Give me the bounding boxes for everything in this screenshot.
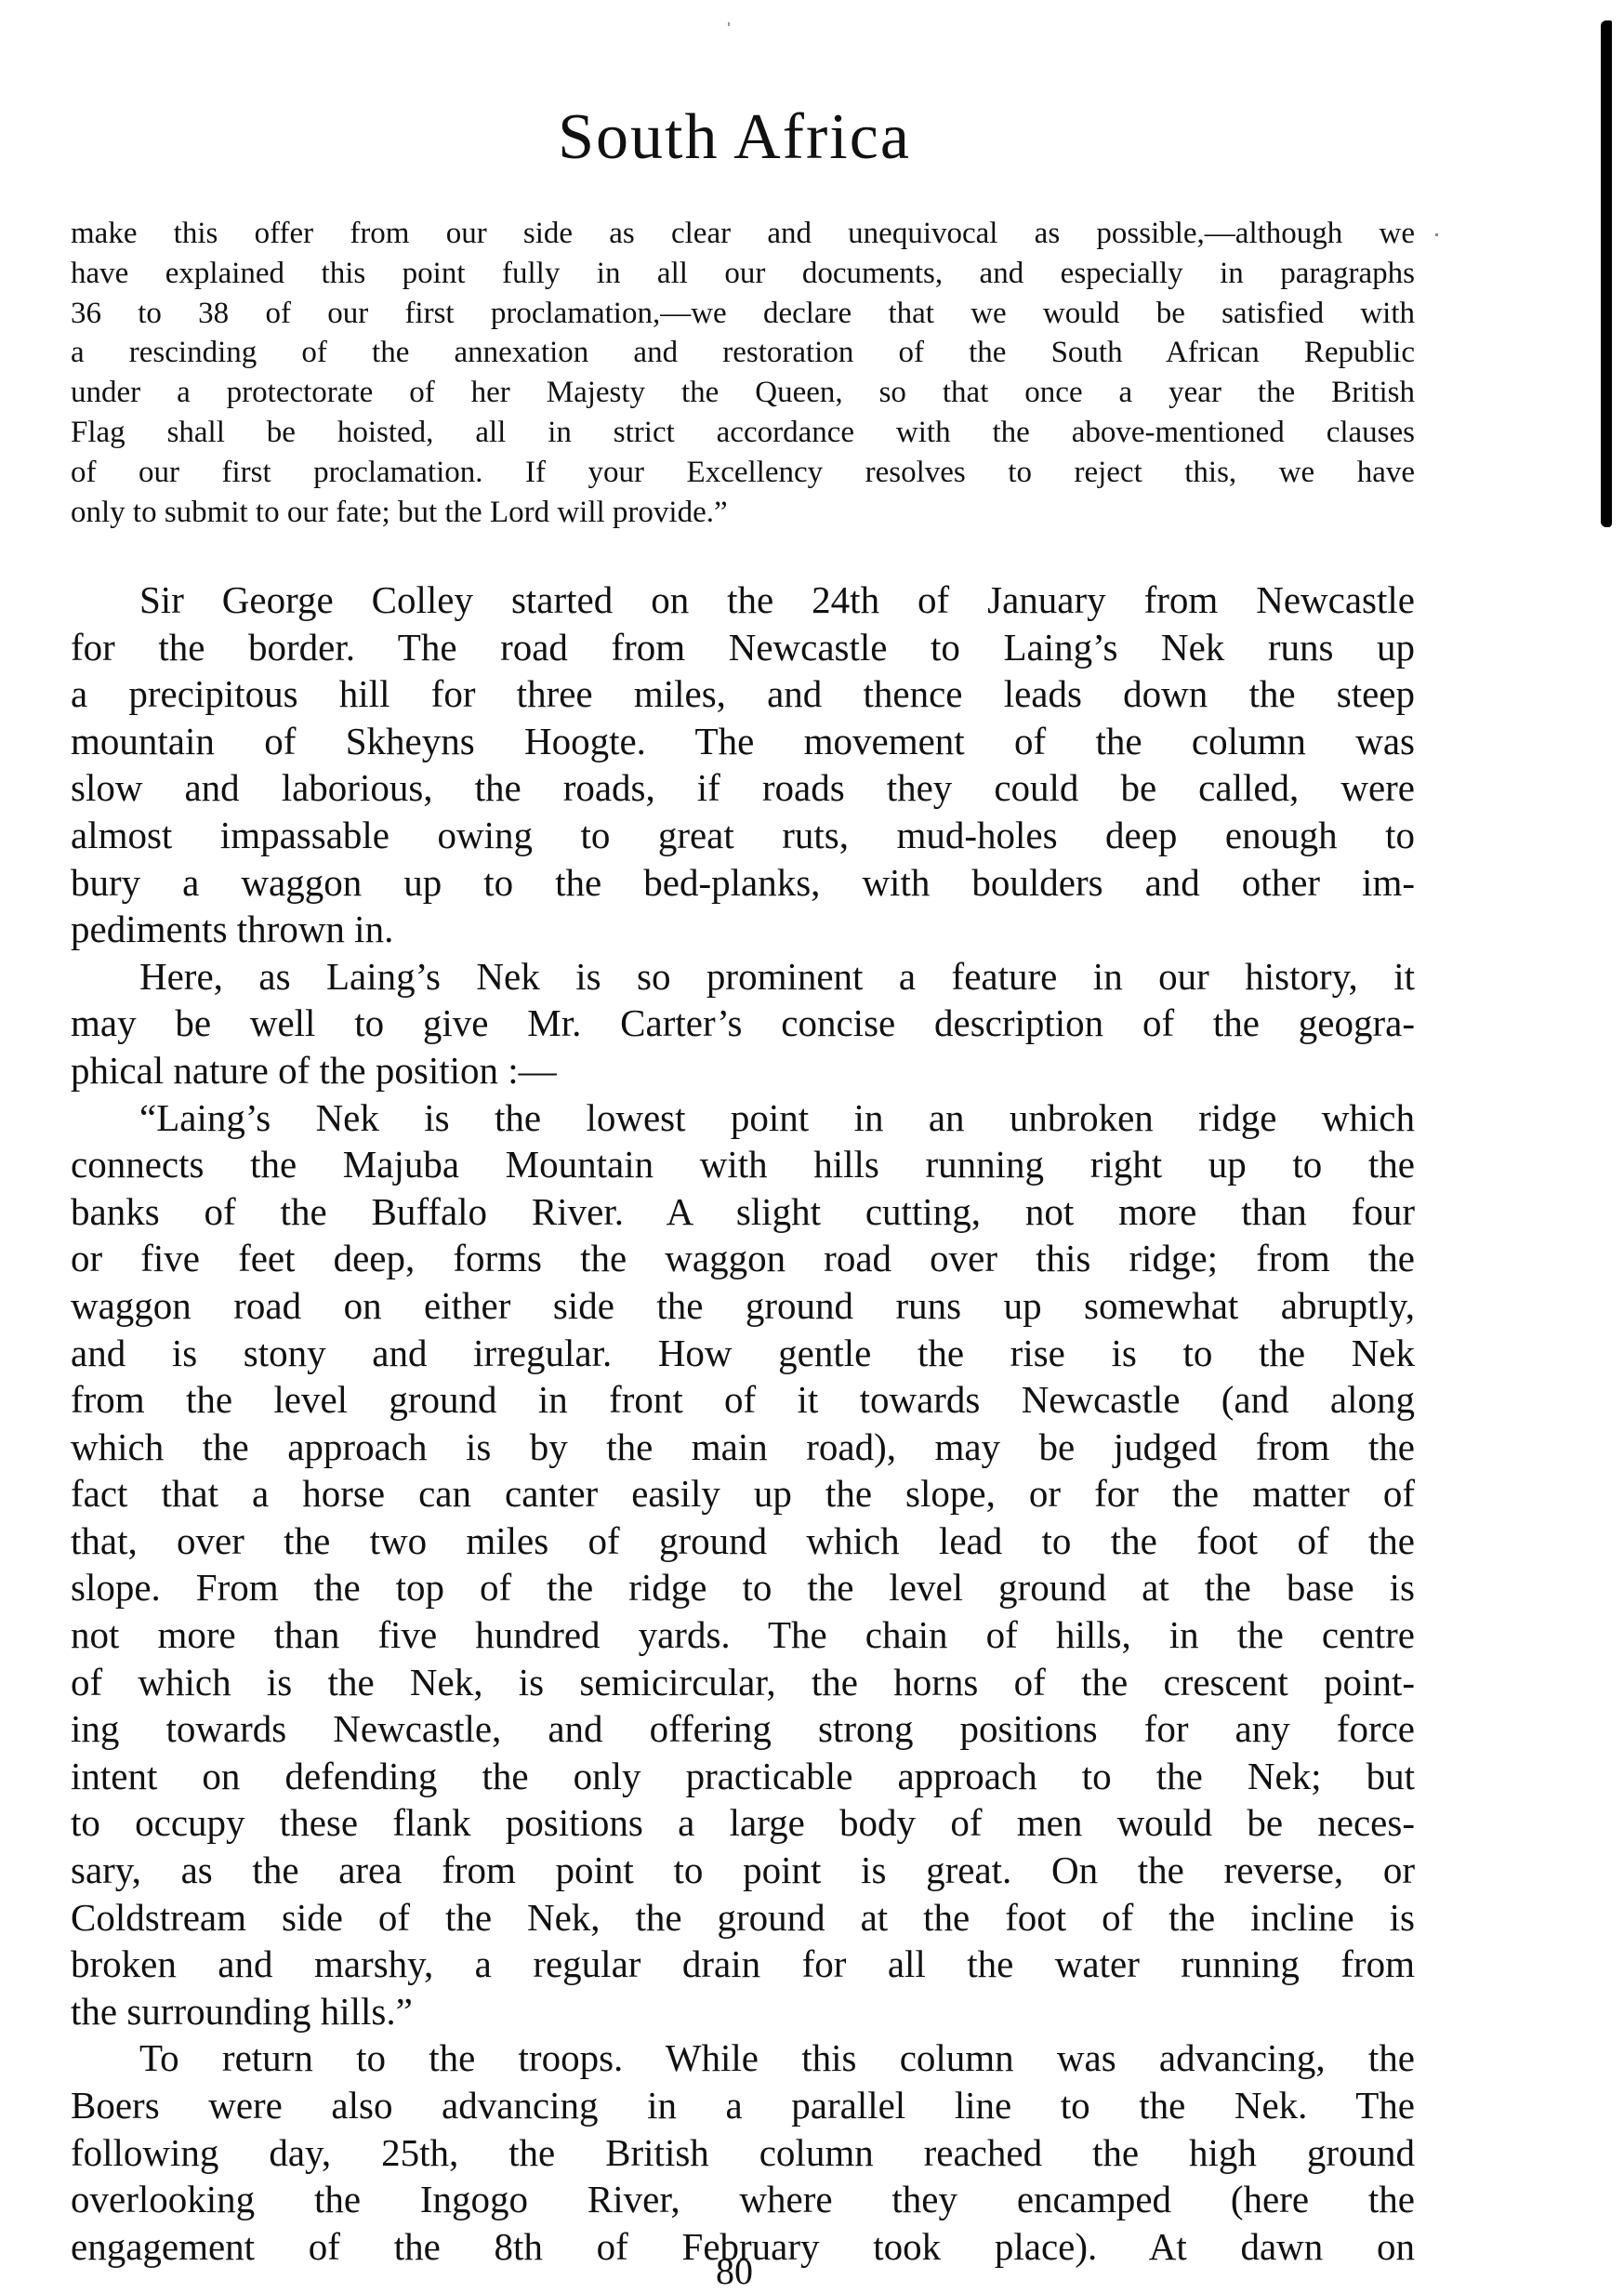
scan-mark <box>728 22 730 26</box>
paragraph-start: “Laing’s Nek is the lowest point in an u… <box>71 1094 1415 1142</box>
text-line: slope. From the top of the ridge to the … <box>71 1564 1415 1611</box>
text-line: Boers were also advancing in a parallel … <box>71 2082 1415 2129</box>
text-line: phical nature of the position :— <box>71 1047 1415 1094</box>
quoted-proclamation: make this offer from our side as clear a… <box>71 214 1415 532</box>
text-line: slow and laborious, the roads, if roads … <box>71 764 1415 812</box>
text-line: only to submit to our fate; but the Lord… <box>71 493 1415 533</box>
text-line: which the approach is by the main road),… <box>71 1424 1415 1471</box>
text-line: of our first proclamation. If your Excel… <box>71 453 1415 493</box>
text-line: mountain of Skheyns Hoogte. The movement… <box>71 718 1415 765</box>
text-line: waggon road on either side the ground ru… <box>71 1282 1415 1330</box>
text-line: that, over the two miles of ground which… <box>71 1518 1415 1565</box>
text-line: to occupy these flank positions a large … <box>71 1799 1415 1847</box>
text-line: bury a waggon up to the bed-planks, with… <box>71 859 1415 907</box>
text-line: fact that a horse can canter easily up t… <box>71 1470 1415 1518</box>
text-line: and is stony and irregular. How gentle t… <box>71 1330 1415 1377</box>
text-line: overlooking the Ingogo River, where they… <box>71 2176 1415 2223</box>
text-line: make this offer from our side as clear a… <box>71 214 1415 254</box>
text-line: 36 to 38 of our first proclamation,—we d… <box>71 294 1415 334</box>
text-line: or five feet deep, forms the waggon road… <box>71 1235 1415 1282</box>
text-line: a precipitous hill for three miles, and … <box>71 670 1415 718</box>
text-line: pediments thrown in. <box>71 906 1415 953</box>
text-line: under a protectorate of her Majesty the … <box>71 373 1415 413</box>
text-line: sary, as the area from point to point is… <box>71 1847 1415 1894</box>
text-line: Flag shall be hoisted, all in strict acc… <box>71 413 1415 453</box>
text-line: not more than five hundred yards. The ch… <box>71 1611 1415 1659</box>
page-title: South Africa <box>0 100 1469 175</box>
text-line: for the border. The road from Newcastle … <box>71 624 1415 671</box>
text-line: intent on defending the only practicable… <box>71 1753 1415 1800</box>
text-line: have explained this point fully in all o… <box>71 254 1415 294</box>
page-edge-shadow <box>1601 20 1612 527</box>
paragraph-start: Sir George Colley started on the 24th of… <box>71 577 1415 624</box>
text-line: of which is the Nek, is semicircular, th… <box>71 1659 1415 1706</box>
text-line: from the level ground in front of it tow… <box>71 1376 1415 1424</box>
text-line: a rescinding of the annexation and resto… <box>71 333 1415 373</box>
text-line: Coldstream side of the Nek, the ground a… <box>71 1894 1415 1942</box>
text-line: may be well to give Mr. Carter’s concise… <box>71 1000 1415 1047</box>
text-line: banks of the Buffalo River. A slight cut… <box>71 1188 1415 1236</box>
body-text: Sir George Colley started on the 24th of… <box>71 577 1415 2270</box>
text-line: ing towards Newcastle, and offering stro… <box>71 1705 1415 1753</box>
paragraph-start: To return to the troops. While this colu… <box>71 2035 1415 2082</box>
text-line: connects the Majuba Mountain with hills … <box>71 1141 1415 1188</box>
page-number: 80 <box>0 2248 1469 2293</box>
scan-speck <box>1435 233 1438 236</box>
paragraph-start: Here, as Laing’s Nek is so prominent a f… <box>71 953 1415 1001</box>
text-line: broken and marshy, a regular drain for a… <box>71 1941 1415 1988</box>
text-line: the surrounding hills.” <box>71 1988 1415 2035</box>
text-line: following day, 25th, the British column … <box>71 2129 1415 2177</box>
text-line: almost impassable owing to great ruts, m… <box>71 812 1415 859</box>
